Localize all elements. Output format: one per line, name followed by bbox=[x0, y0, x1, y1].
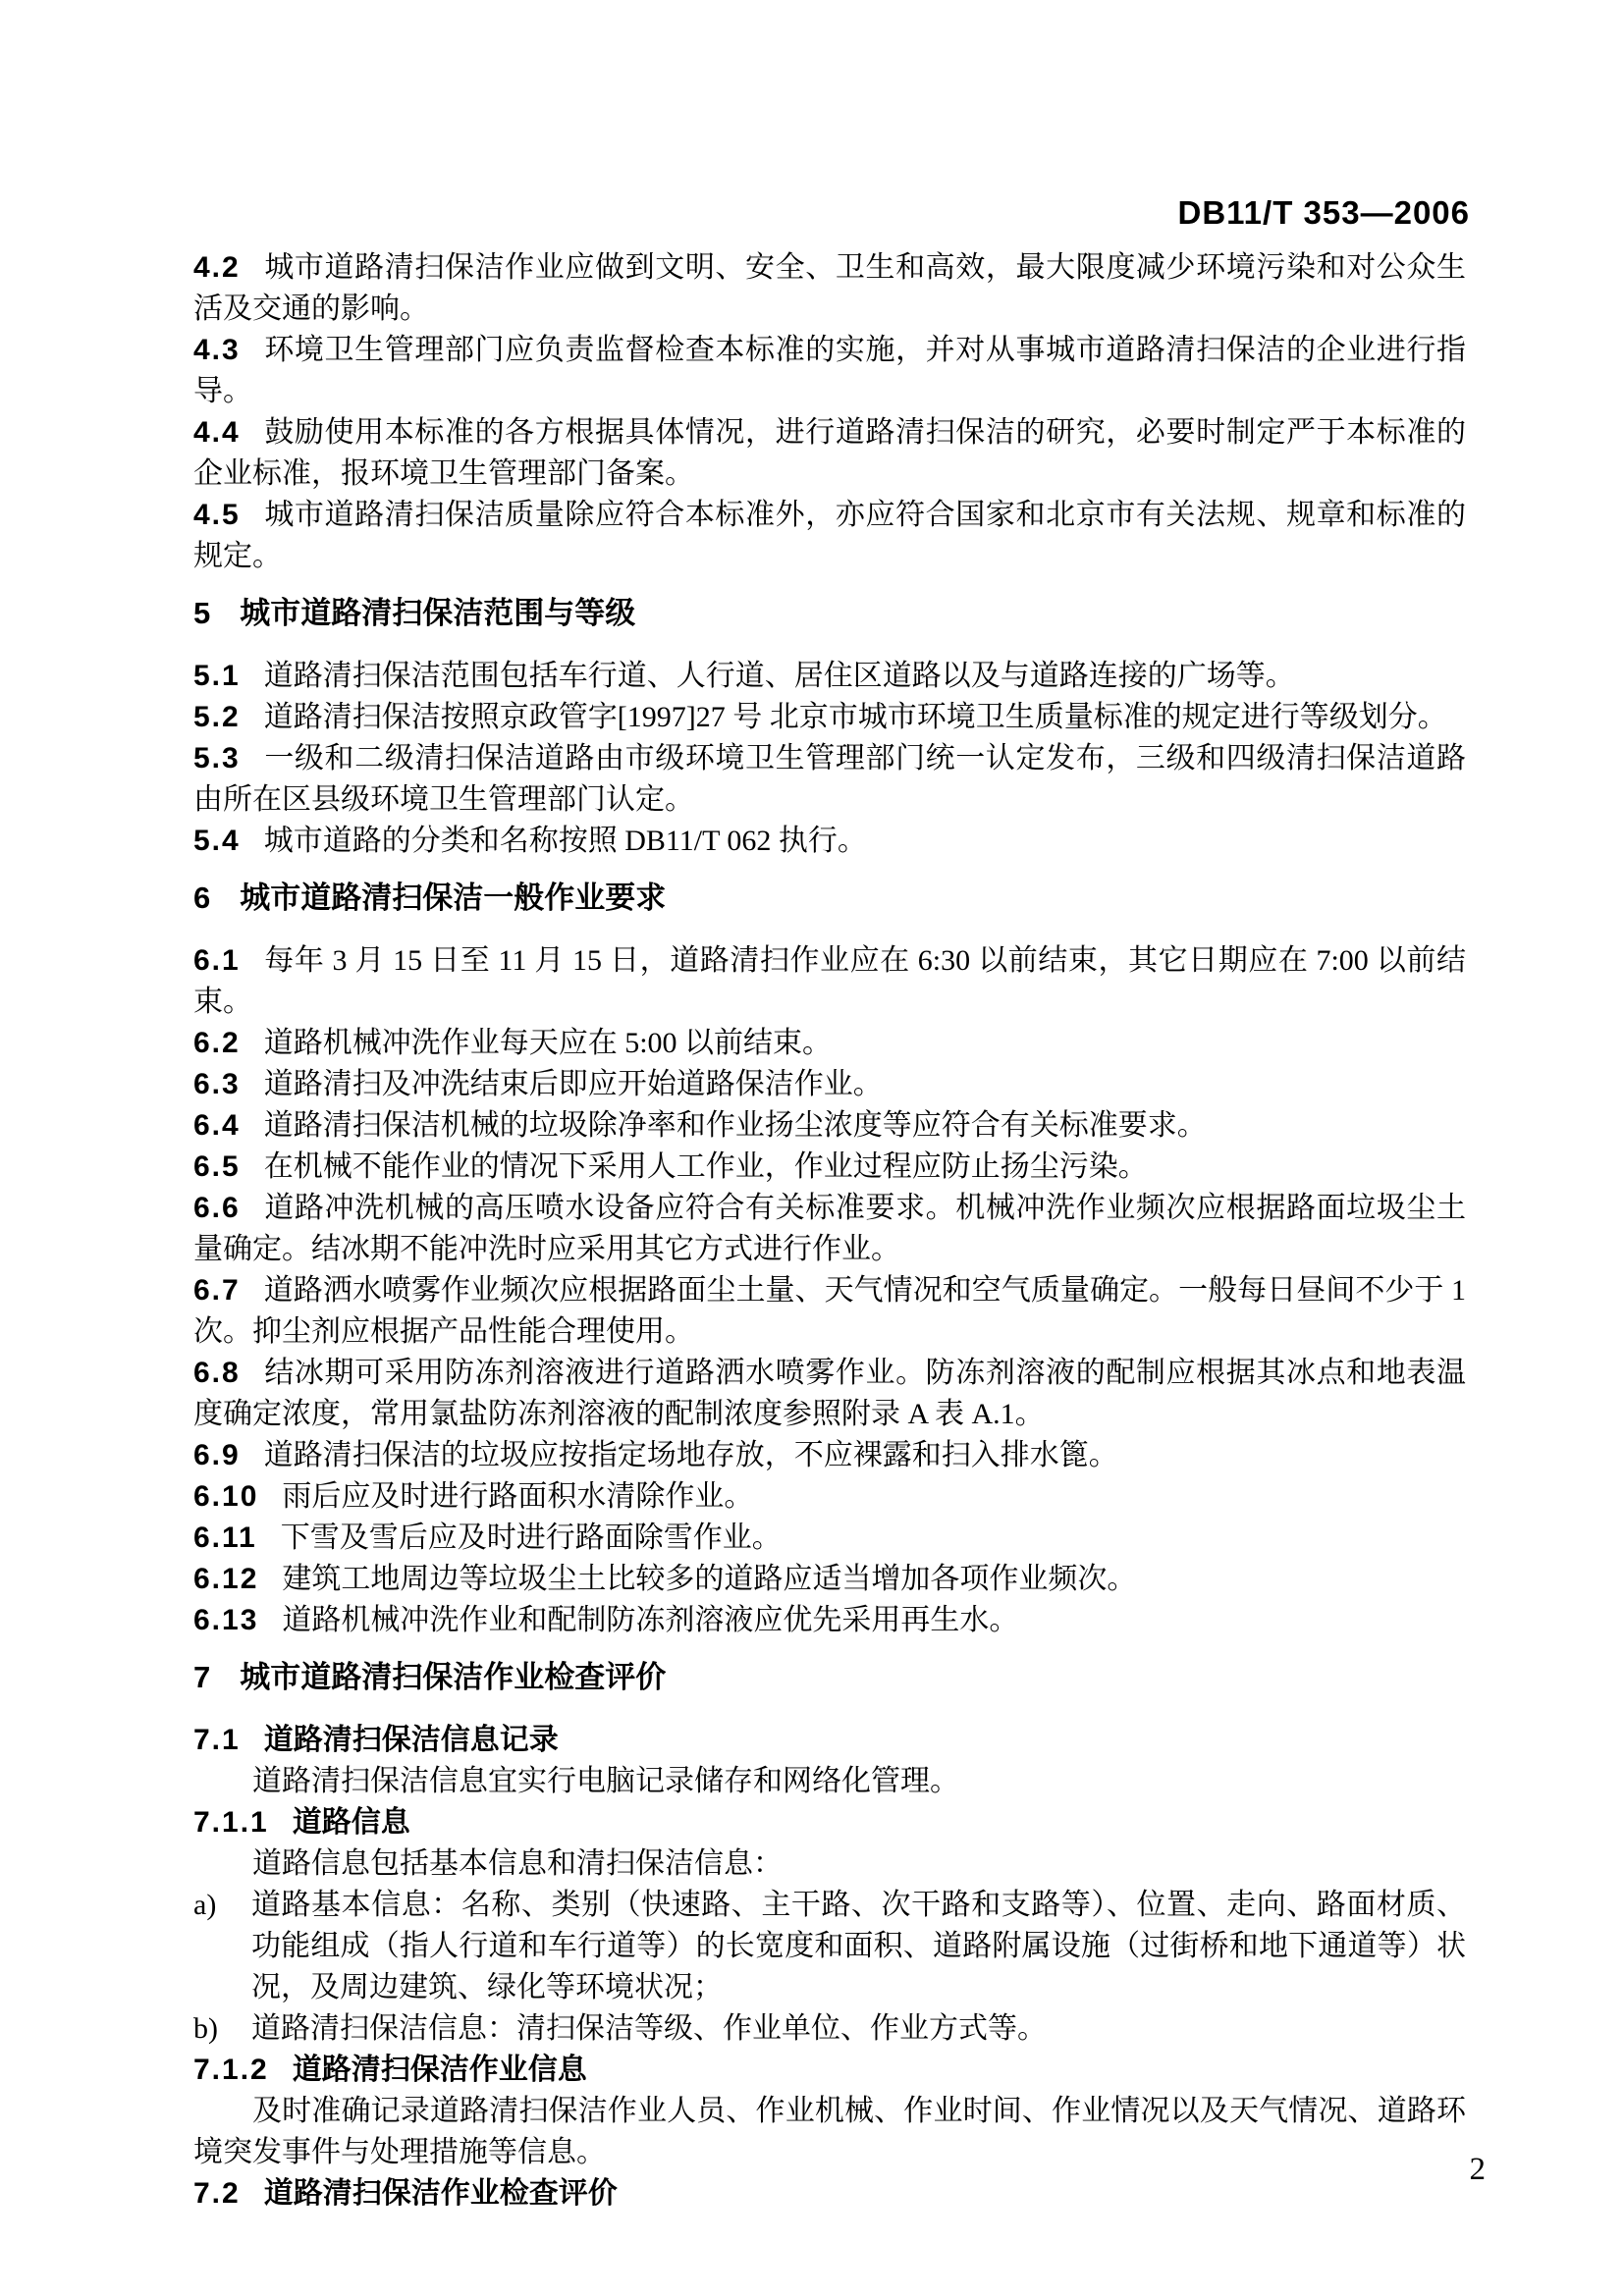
clause-text: 结冰期可采用防冻剂溶液进行道路洒水喷雾作业。防冻剂溶液的配制应根据其冰点和地表温… bbox=[193, 1357, 1466, 1430]
clause-4-2: 4.2城市道路清扫保洁作业应做到文明、安全、卫生和高效，最大限度减少环境污染和对… bbox=[193, 247, 1466, 330]
clause-number: 4.5 bbox=[193, 499, 241, 531]
clause-text: 道路清扫保洁的垃圾应按指定场地存放，不应裸露和扫入排水篦。 bbox=[264, 1439, 1118, 1471]
clause-text: 每年 3 月 15 日至 11 月 15 日，道路清扫作业应在 6:30 以前结… bbox=[193, 944, 1466, 1018]
clause-5-2: 5.2道路清扫保洁按照京政管字[1997]27 号 北京市城市环境卫生质量标准的… bbox=[193, 697, 1466, 738]
section-heading-5: 5城市道路清扫保洁范围与等级 bbox=[193, 593, 1466, 634]
clause-text: 道路清扫保洁机械的垃圾除净率和作业扬尘浓度等应符合有关标准要求。 bbox=[264, 1109, 1207, 1142]
clause-number: 6.10 bbox=[193, 1480, 258, 1513]
clause-text: 道路清扫保洁范围包括车行道、人行道、居住区道路以及与道路连接的广场等。 bbox=[264, 660, 1295, 692]
clause-text: 雨后应及时进行路面积水清除作业。 bbox=[282, 1480, 753, 1513]
clause-text: 道路清扫及冲洗结束后即应开始道路保洁作业。 bbox=[264, 1068, 883, 1100]
document-code-header: DB11/T 353—2006 bbox=[193, 194, 1470, 232]
section-heading-7: 7城市道路清扫保洁作业检查评价 bbox=[193, 1657, 1466, 1698]
list-item-text: 道路清扫保洁信息：清扫保洁等级、作业单位、作业方式等。 bbox=[251, 2008, 1466, 2050]
clause-number: 5.3 bbox=[193, 742, 241, 774]
clause-number: 6.1 bbox=[193, 944, 241, 977]
clause-number: 6.5 bbox=[193, 1150, 241, 1183]
clause-number: 6.2 bbox=[193, 1027, 241, 1059]
clause-6-3: 6.3道路清扫及冲洗结束后即应开始道路保洁作业。 bbox=[193, 1064, 1466, 1105]
clause-number: 6.12 bbox=[193, 1563, 258, 1595]
clause-text: 城市道路清扫保洁作业应做到文明、安全、卫生和高效，最大限度减少环境污染和对公众生… bbox=[193, 251, 1466, 325]
clause-4-3: 4.3环境卫生管理部门应负责监督检查本标准的实施，并对从事城市道路清扫保洁的企业… bbox=[193, 330, 1466, 412]
clause-6-9: 6.9道路清扫保洁的垃圾应按指定场地存放，不应裸露和扫入排水篦。 bbox=[193, 1435, 1466, 1476]
clause-text: 道路机械冲洗作业每天应在 5:00 以前结束。 bbox=[264, 1027, 832, 1059]
clause-number: 4.4 bbox=[193, 416, 241, 449]
section-heading-6: 6城市道路清扫保洁一般作业要求 bbox=[193, 878, 1466, 919]
clause-number: 6.11 bbox=[193, 1522, 257, 1554]
clause-6-7: 6.7道路洒水喷雾作业频次应根据路面尘土量、天气情况和空气质量确定。一般每日昼间… bbox=[193, 1270, 1466, 1353]
clause-text: 一级和二级清扫保洁道路由市级环境卫生管理部门统一认定发布，三级和四级清扫保洁道路… bbox=[193, 742, 1466, 816]
clause-text: 环境卫生管理部门应负责监督检查本标准的实施，并对从事城市道路清扫保洁的企业进行指… bbox=[193, 334, 1466, 407]
clause-text: 城市道路清扫保洁范围与等级 bbox=[240, 596, 635, 630]
clause-number: 4.3 bbox=[193, 334, 241, 366]
list-marker: a) bbox=[193, 1885, 251, 2008]
clause-text: 城市道路清扫保洁质量除应符合本标准外，亦应符合国家和北京市有关法规、规章和标准的… bbox=[193, 499, 1466, 572]
clause-text: 道路洒水喷雾作业频次应根据路面尘土量、天气情况和空气质量确定。一般每日昼间不少于… bbox=[193, 1274, 1466, 1348]
clause-6-8: 6.8结冰期可采用防冻剂溶液进行道路洒水喷雾作业。防冻剂溶液的配制应根据其冰点和… bbox=[193, 1353, 1466, 1435]
subheading-7-1-2: 7.1.2道路清扫保洁作业信息 bbox=[193, 2050, 1466, 2091]
list-item-text: 道路基本信息：名称、类别（快速路、主干路、次干路和支路等）、位置、走向、路面材质… bbox=[251, 1885, 1466, 2008]
clause-number: 5.2 bbox=[193, 701, 241, 733]
clause-text: 道路清扫保洁按照京政管字[1997]27 号 北京市城市环境卫生质量标准的规定进… bbox=[264, 701, 1447, 733]
clause-6-13: 6.13道路机械冲洗作业和配制防冻剂溶液应优先采用再生水。 bbox=[193, 1600, 1466, 1641]
clause-text: 道路清扫保洁信息记录 bbox=[264, 1724, 559, 1756]
clause-6-2: 6.2道路机械冲洗作业每天应在 5:00 以前结束。 bbox=[193, 1023, 1466, 1064]
clause-text: 道路清扫保洁作业信息 bbox=[293, 2054, 587, 2086]
clause-number: 6.6 bbox=[193, 1192, 241, 1224]
clause-6-11: 6.11下雪及雪后应及时进行路面除雪作业。 bbox=[193, 1518, 1466, 1559]
clause-6-10: 6.10雨后应及时进行路面积水清除作业。 bbox=[193, 1476, 1466, 1518]
clause-number: 5.4 bbox=[193, 825, 241, 857]
clause-number: 6.9 bbox=[193, 1439, 241, 1471]
clause-text: 城市道路的分类和名称按照 DB11/T 062 执行。 bbox=[264, 825, 867, 857]
clause-4-5: 4.5城市道路清扫保洁质量除应符合本标准外，亦应符合国家和北京市有关法规、规章和… bbox=[193, 495, 1466, 577]
clause-number: 6.7 bbox=[193, 1274, 241, 1307]
clause-number: 5.1 bbox=[193, 660, 241, 692]
clause-number: 7.1.2 bbox=[193, 2054, 269, 2086]
clause-text: 建筑工地周边等垃圾尘土比较多的道路应适当增加各项作业频次。 bbox=[282, 1563, 1136, 1595]
paragraph: 道路清扫保洁信息宜实行电脑记录储存和网络化管理。 bbox=[193, 1761, 1466, 1802]
clause-6-6: 6.6道路冲洗机械的高压喷水设备应符合有关标准要求。机械冲洗作业频次应根据路面垃… bbox=[193, 1188, 1466, 1270]
clause-text: 道路冲洗机械的高压喷水设备应符合有关标准要求。机械冲洗作业频次应根据路面垃圾尘土… bbox=[193, 1192, 1466, 1265]
clause-5-1: 5.1道路清扫保洁范围包括车行道、人行道、居住区道路以及与道路连接的广场等。 bbox=[193, 656, 1466, 697]
page-number: 2 bbox=[193, 2152, 1486, 2188]
clause-text: 道路机械冲洗作业和配制防冻剂溶液应优先采用再生水。 bbox=[282, 1604, 1018, 1636]
clause-number: 5 bbox=[193, 596, 212, 630]
clause-number: 6.4 bbox=[193, 1109, 241, 1142]
clause-number: 6.8 bbox=[193, 1357, 241, 1389]
clause-number: 7.1.1 bbox=[193, 1806, 269, 1839]
clause-6-4: 6.4道路清扫保洁机械的垃圾除净率和作业扬尘浓度等应符合有关标准要求。 bbox=[193, 1105, 1466, 1147]
clause-6-1: 6.1每年 3 月 15 日至 11 月 15 日，道路清扫作业应在 6:30 … bbox=[193, 940, 1466, 1023]
list-item-a: a)道路基本信息：名称、类别（快速路、主干路、次干路和支路等）、位置、走向、路面… bbox=[193, 1885, 1466, 2008]
paragraph: 道路信息包括基本信息和清扫保洁信息： bbox=[193, 1843, 1466, 1885]
clause-text: 在机械不能作业的情况下采用人工作业，作业过程应防止扬尘污染。 bbox=[264, 1150, 1148, 1183]
clause-number: 6.3 bbox=[193, 1068, 241, 1100]
subheading-7-1: 7.1道路清扫保洁信息记录 bbox=[193, 1720, 1466, 1761]
clause-text: 下雪及雪后应及时进行路面除雪作业。 bbox=[281, 1522, 782, 1554]
document-body: 4.2城市道路清扫保洁作业应做到文明、安全、卫生和高效，最大限度减少环境污染和对… bbox=[193, 247, 1466, 2215]
clause-text: 城市道路清扫保洁作业检查评价 bbox=[240, 1660, 666, 1694]
clause-text: 道路信息 bbox=[293, 1806, 410, 1839]
clause-text: 城市道路清扫保洁一般作业要求 bbox=[240, 881, 666, 915]
clause-number: 7 bbox=[193, 1660, 212, 1694]
clause-6-5: 6.5在机械不能作业的情况下采用人工作业，作业过程应防止扬尘污染。 bbox=[193, 1147, 1466, 1188]
clause-text: 鼓励使用本标准的各方根据具体情况，进行道路清扫保洁的研究，必要时制定严于本标准的… bbox=[193, 416, 1466, 490]
document-page: DB11/T 353—2006 4.2城市道路清扫保洁作业应做到文明、安全、卫生… bbox=[0, 0, 1624, 2296]
clause-6-12: 6.12建筑工地周边等垃圾尘土比较多的道路应适当增加各项作业频次。 bbox=[193, 1559, 1466, 1600]
subheading-7-1-1: 7.1.1道路信息 bbox=[193, 1802, 1466, 1843]
clause-5-3: 5.3一级和二级清扫保洁道路由市级环境卫生管理部门统一认定发布，三级和四级清扫保… bbox=[193, 738, 1466, 821]
clause-number: 6.13 bbox=[193, 1604, 258, 1636]
clause-number: 4.2 bbox=[193, 251, 241, 284]
clause-4-4: 4.4鼓励使用本标准的各方根据具体情况，进行道路清扫保洁的研究，必要时制定严于本… bbox=[193, 412, 1466, 495]
clause-number: 7.1 bbox=[193, 1724, 241, 1756]
list-marker: b) bbox=[193, 2008, 251, 2050]
clause-5-4: 5.4城市道路的分类和名称按照 DB11/T 062 执行。 bbox=[193, 821, 1466, 862]
list-item-b: b)道路清扫保洁信息：清扫保洁等级、作业单位、作业方式等。 bbox=[193, 2008, 1466, 2050]
clause-number: 6 bbox=[193, 881, 212, 915]
